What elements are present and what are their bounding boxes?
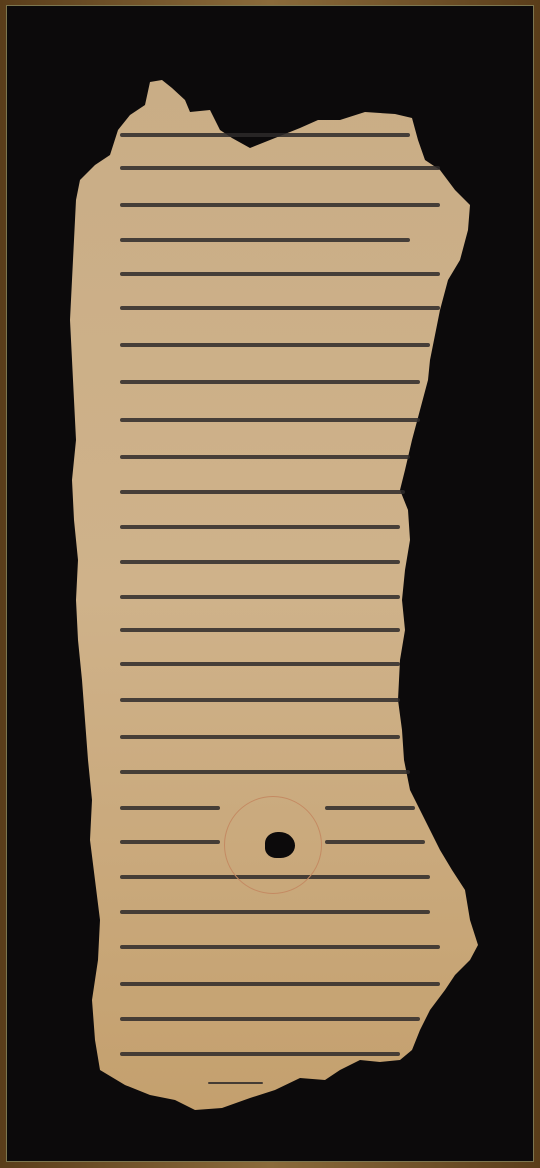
script-text-lines — [0, 0, 540, 1168]
paper-hole — [265, 832, 295, 858]
